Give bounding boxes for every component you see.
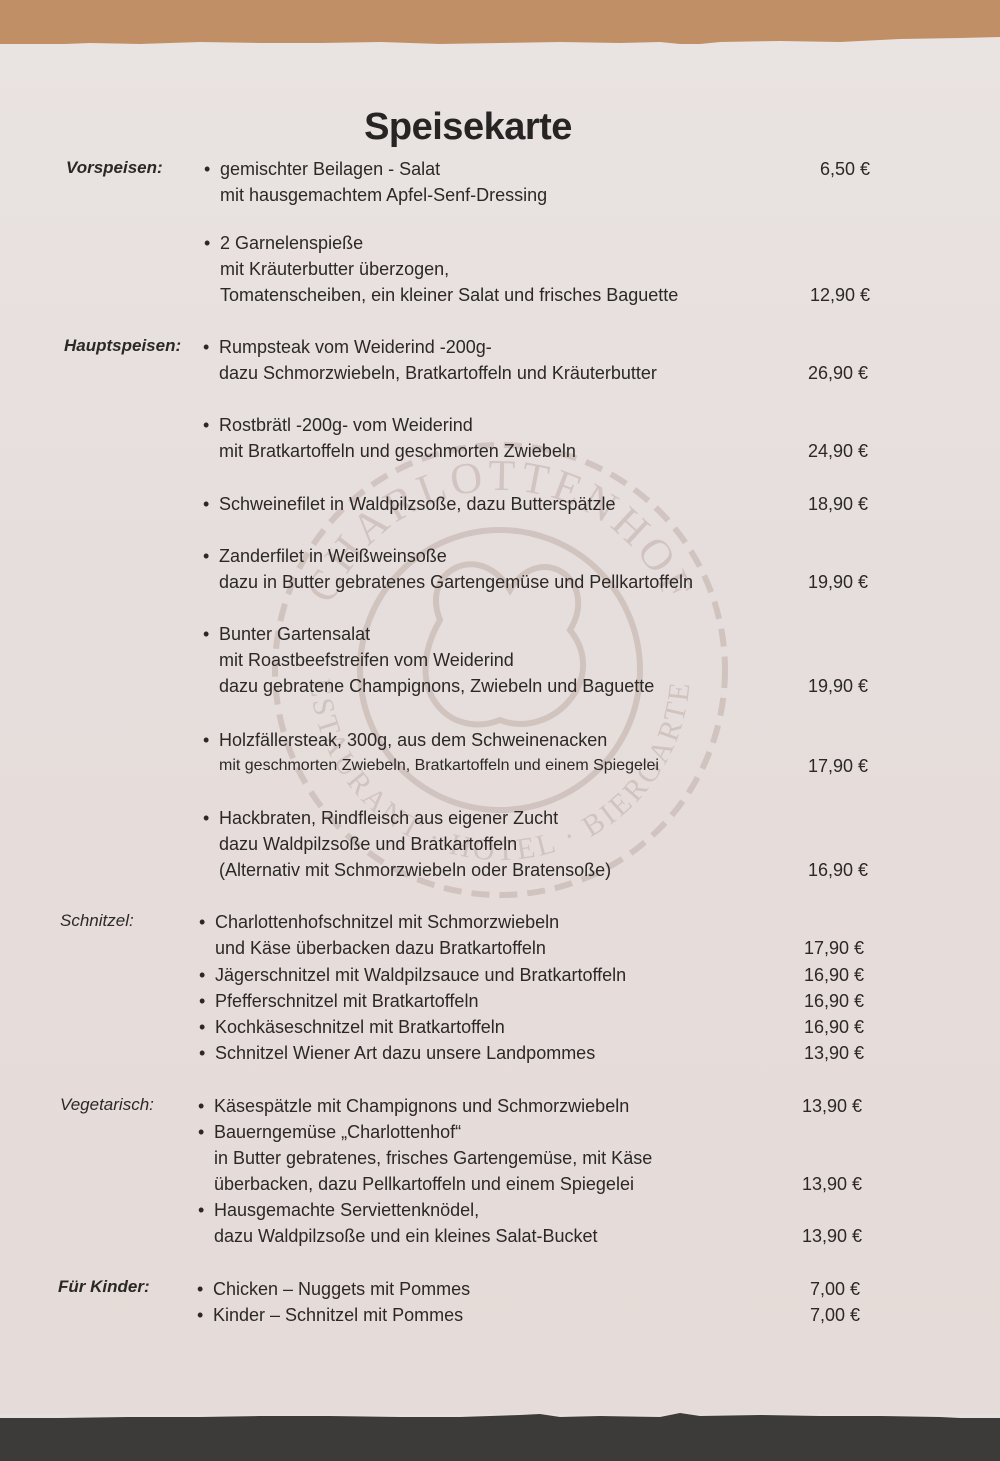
menu-item: •Schnitzel Wiener Art dazu unsere Landpo…: [215, 1040, 595, 1066]
bullet-icon: •: [199, 988, 205, 1014]
menu-item-price: 12,90 €: [750, 285, 870, 306]
menu-item-price: 13,90 €: [742, 1174, 862, 1195]
bullet-icon: •: [203, 621, 209, 647]
menu-item-price: 16,90 €: [744, 1017, 864, 1038]
bullet-icon: •: [203, 491, 209, 517]
menu-item-price: 19,90 €: [748, 676, 868, 697]
menu-item-name: 2 Garnelenspieße: [220, 230, 678, 256]
menu-item-price: 16,90 €: [744, 991, 864, 1012]
menu-item-description: in Butter gebratenes, frisches Gartengem…: [214, 1145, 652, 1171]
bullet-icon: •: [198, 1197, 204, 1223]
menu-item-description: dazu Waldpilzsoße und ein kleines Salat-…: [214, 1223, 598, 1249]
menu-item-name: Zanderfilet in Weißweinsoße: [219, 543, 693, 569]
menu-item-price: 13,90 €: [742, 1096, 862, 1117]
menu-item-name: Bunter Gartensalat: [219, 621, 654, 647]
menu-item-name: gemischter Beilagen - Salat: [220, 156, 547, 182]
menu-item-name: Hausgemachte Serviettenknödel,: [214, 1197, 598, 1223]
menu-item-description: mit Bratkartoffeln und geschmorten Zwieb…: [219, 438, 576, 464]
menu-item: •Bauerngemüse „Charlottenhof“in Butter g…: [214, 1119, 652, 1197]
menu-item-name: Kochkäseschnitzel mit Bratkartoffeln: [215, 1014, 505, 1040]
bottom-border-band: [0, 1418, 1000, 1461]
page-title: Speisekarte: [0, 106, 936, 149]
menu-item: •Hausgemachte Serviettenknödel,dazu Wald…: [214, 1197, 598, 1249]
menu-item: •Käsespätzle mit Champignons und Schmorz…: [214, 1093, 629, 1119]
menu-item-description: dazu gebratene Champignons, Zwiebeln und…: [219, 673, 654, 699]
menu-item-name: Kinder – Schnitzel mit Pommes: [213, 1302, 463, 1328]
bullet-icon: •: [204, 156, 210, 182]
bullet-icon: •: [203, 727, 209, 753]
menu-item-description: Tomatenscheiben, ein kleiner Salat und f…: [220, 282, 678, 308]
menu-item: •Jägerschnitzel mit Waldpilzsauce und Br…: [215, 962, 626, 988]
menu-item-price: 13,90 €: [744, 1043, 864, 1064]
menu-item-price: 13,90 €: [742, 1226, 862, 1247]
menu-item: •gemischter Beilagen - Salatmit hausgema…: [220, 156, 547, 208]
menu-item: •2 Garnelenspießemit Kräuterbutter überz…: [220, 230, 678, 308]
menu-item: •Hackbraten, Rindfleisch aus eigener Zuc…: [219, 805, 611, 883]
menu-item-description: mit Roastbeefstreifen vom Weiderind: [219, 647, 654, 673]
menu-item: •Chicken – Nuggets mit Pommes: [213, 1276, 470, 1302]
menu-item-price: 7,00 €: [740, 1279, 860, 1300]
menu-item-name: Schnitzel Wiener Art dazu unsere Landpom…: [215, 1040, 595, 1066]
bullet-icon: •: [203, 334, 209, 360]
menu-item-description: und Käse überbacken dazu Bratkartoffeln: [215, 935, 559, 961]
bullet-icon: •: [199, 1014, 205, 1040]
bullet-icon: •: [198, 1119, 204, 1145]
menu-item-name: Chicken – Nuggets mit Pommes: [213, 1276, 470, 1302]
bullet-icon: •: [199, 1040, 205, 1066]
menu-item-name: Jägerschnitzel mit Waldpilzsauce und Bra…: [215, 962, 626, 988]
bullet-icon: •: [203, 412, 209, 438]
menu-item: •Kochkäseschnitzel mit Bratkartoffeln: [215, 1014, 505, 1040]
menu-item-name: Hackbraten, Rindfleisch aus eigener Zuch…: [219, 805, 611, 831]
menu-item-price: 17,90 €: [744, 938, 864, 959]
menu-item-name: Käsespätzle mit Champignons und Schmorzw…: [214, 1093, 629, 1119]
menu-item-price: 7,00 €: [740, 1305, 860, 1326]
menu-item-name: Pfefferschnitzel mit Bratkartoffeln: [215, 988, 478, 1014]
menu-item-price: 6,50 €: [750, 159, 870, 180]
bullet-icon: •: [199, 962, 205, 988]
menu-item: •Kinder – Schnitzel mit Pommes: [213, 1302, 463, 1328]
menu-item-description: dazu Schmorzwiebeln, Bratkartoffeln und …: [219, 360, 657, 386]
menu-item: •Bunter Gartensalatmit Roastbeefstreifen…: [219, 621, 654, 699]
menu-item-price: 17,90 €: [748, 756, 868, 777]
bullet-icon: •: [204, 230, 210, 256]
menu-item: •Rostbrätl -200g- vom Weiderindmit Bratk…: [219, 412, 576, 464]
menu-item-description: dazu Waldpilzsoße und Bratkartoffeln: [219, 831, 611, 857]
menu-item-description: mit Kräuterbutter überzogen,: [220, 256, 678, 282]
menu-item: •Holzfällersteak, 300g, aus dem Schweine…: [219, 727, 659, 779]
bullet-icon: •: [203, 805, 209, 831]
menu-item-name: Rostbrätl -200g- vom Weiderind: [219, 412, 576, 438]
menu-item-name: Charlottenhofschnitzel mit Schmorzwiebel…: [215, 909, 559, 935]
bullet-icon: •: [203, 543, 209, 569]
menu-item-description: (Alternativ mit Schmorzwiebeln oder Brat…: [219, 857, 611, 883]
menu-item: •Schweinefilet in Waldpilzsoße, dazu But…: [219, 491, 616, 517]
bullet-icon: •: [197, 1276, 203, 1302]
menu-item-price: 16,90 €: [748, 860, 868, 881]
menu-item-name: Bauerngemüse „Charlottenhof“: [214, 1119, 652, 1145]
menu-item-price: 24,90 €: [748, 441, 868, 462]
menu-item: •Pfefferschnitzel mit Bratkartoffeln: [215, 988, 478, 1014]
menu-item-name: Rumpsteak vom Weiderind -200g-: [219, 334, 657, 360]
menu-item-description: mit hausgemachtem Apfel-Senf-Dressing: [220, 182, 547, 208]
menu-item-name: Schweinefilet in Waldpilzsoße, dazu Butt…: [219, 491, 616, 517]
menu-item: •Charlottenhofschnitzel mit Schmorzwiebe…: [215, 909, 559, 961]
menu-item-name: Holzfällersteak, 300g, aus dem Schweinen…: [219, 727, 659, 753]
menu-item-description: dazu in Butter gebratenes Gartengemüse u…: [219, 569, 693, 595]
menu-item-price: 26,90 €: [748, 363, 868, 384]
bullet-icon: •: [197, 1302, 203, 1328]
torn-top-edge: [0, 34, 1000, 54]
menu-item-price: 16,90 €: [744, 965, 864, 986]
menu-item: •Zanderfilet in Weißweinsoßedazu in Butt…: [219, 543, 693, 595]
bullet-icon: •: [199, 909, 205, 935]
menu-item-price: 18,90 €: [748, 494, 868, 515]
bullet-icon: •: [198, 1093, 204, 1119]
menu-item-price: 19,90 €: [748, 572, 868, 593]
menu-item-description: überbacken, dazu Pellkartoffeln und eine…: [214, 1171, 652, 1197]
menu-item-description: mit geschmorten Zwiebeln, Bratkartoffeln…: [219, 753, 659, 779]
menu-item: •Rumpsteak vom Weiderind -200g-dazu Schm…: [219, 334, 657, 386]
